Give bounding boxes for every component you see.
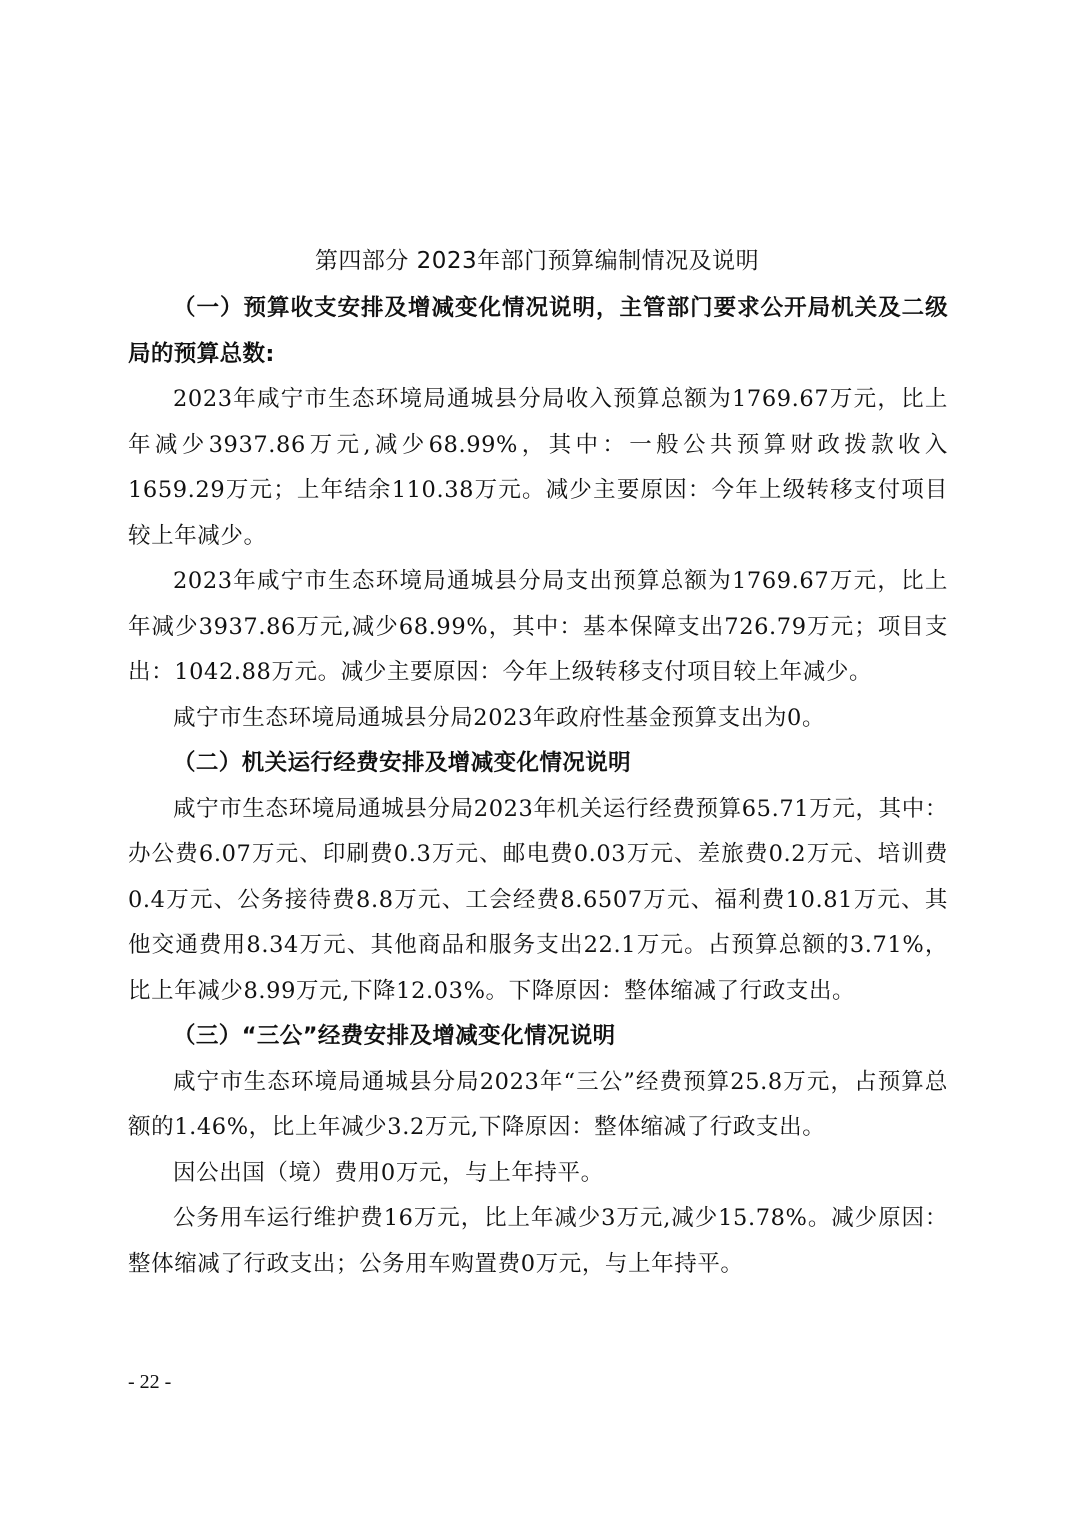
paragraph: 咸宁市生态环境局通城县分局2023年政府性基金预算支出为0。 (128, 696, 948, 742)
paragraph: 2023年咸宁市生态环境局通城县分局支出预算总额为1769.67万元，比上年减少… (128, 559, 948, 696)
section-heading-2: （二）机关运行经费安排及增减变化情况说明 (128, 741, 948, 787)
document-body: （一）预算收支安排及增减变化情况说明，主管部门要求公开局机关及二级局的预算总数:… (128, 286, 948, 1287)
paragraph: 2023年咸宁市生态环境局通城县分局收入预算总额为1769.67万元，比上年减少… (128, 377, 948, 559)
paragraph: 公务用车运行维护费16万元，比上年减少3万元,减少15.78%。减少原因：整体缩… (128, 1196, 948, 1287)
paragraph: 咸宁市生态环境局通城县分局2023年“三公”经费预算25.8万元，占预算总额的1… (128, 1060, 948, 1151)
section-heading-3: （三）“三公”经费安排及增减变化情况说明 (128, 1014, 948, 1060)
section-heading-1: （一）预算收支安排及增减变化情况说明，主管部门要求公开局机关及二级局的预算总数: (128, 286, 948, 377)
page-title: 第四部分 2023年部门预算编制情况及说明 (0, 244, 1074, 278)
page-number: - 22 - (128, 1370, 171, 1394)
paragraph: 咸宁市生态环境局通城县分局2023年机关运行经费预算65.71万元，其中：办公费… (128, 787, 948, 1015)
paragraph: 因公出国（境）费用0万元，与上年持平。 (128, 1151, 948, 1197)
